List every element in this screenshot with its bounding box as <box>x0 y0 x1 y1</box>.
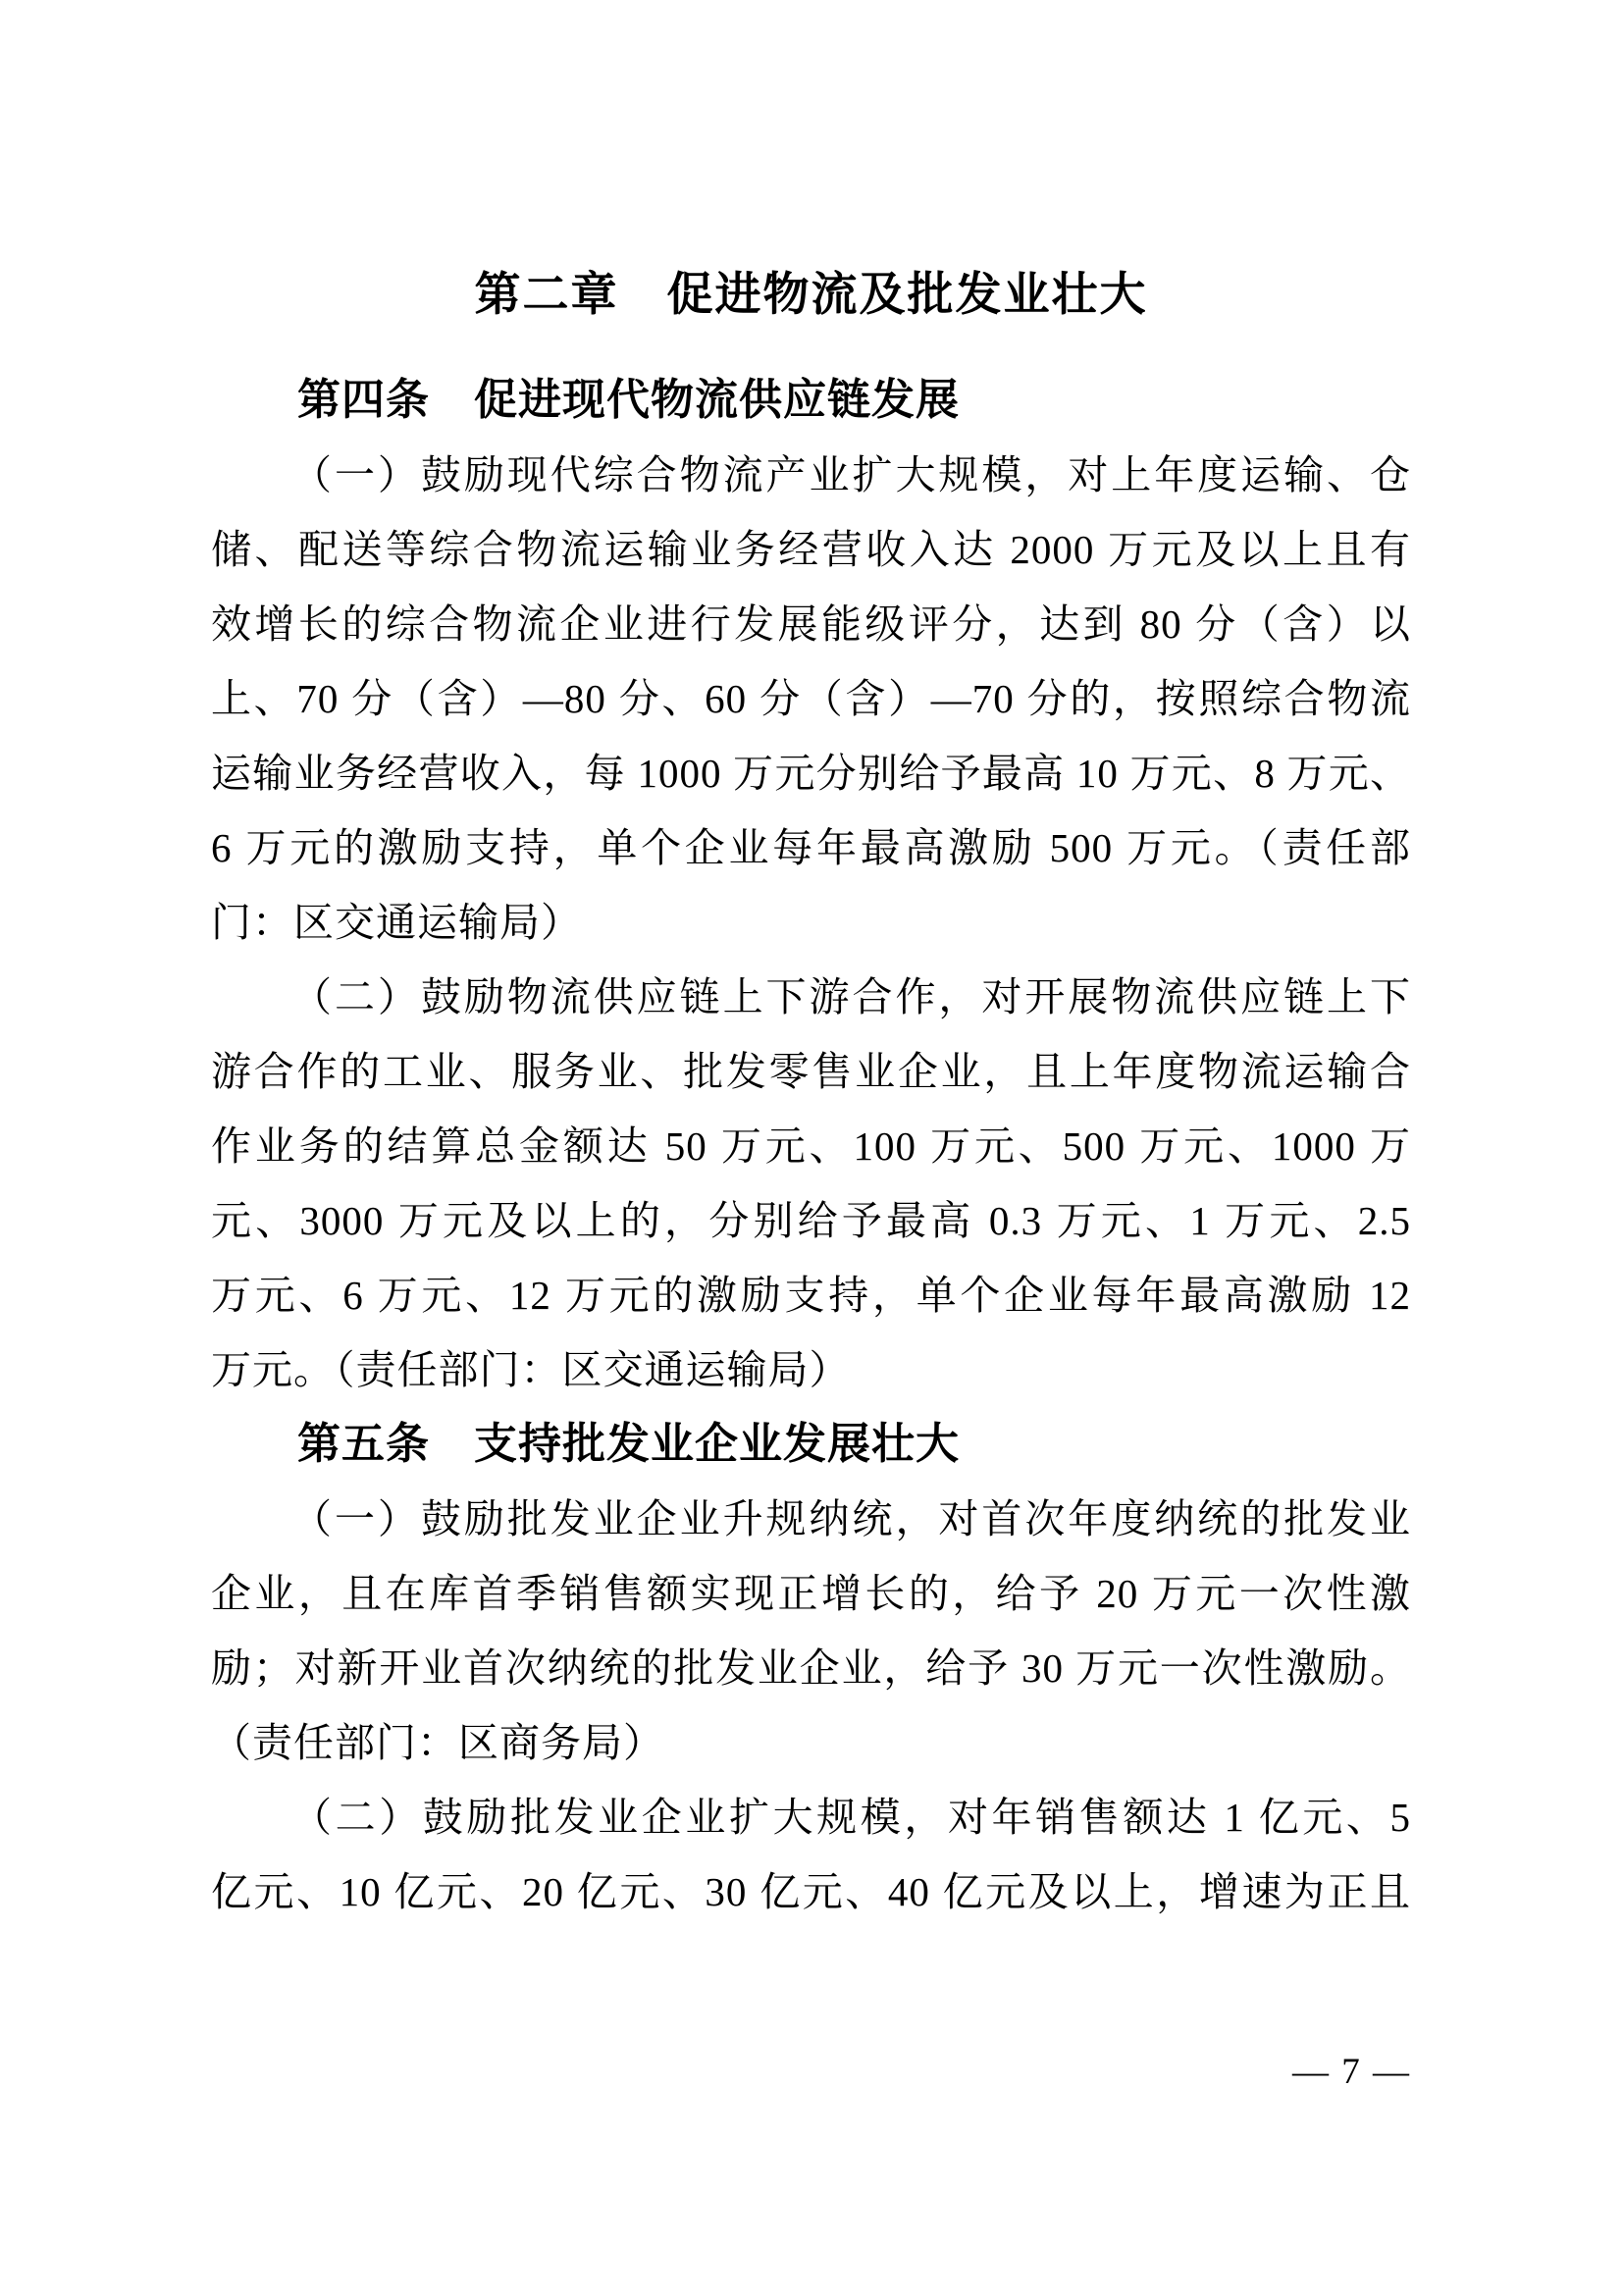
document-page: 第二章 促进物流及批发业壮大 第四条 促进现代物流供应链发展（一）鼓励现代综合物… <box>0 0 1623 2296</box>
text-line: 万元、6 万元、12 万元的激励支持，单个企业每年最高激励 12 <box>211 1258 1411 1332</box>
article-heading: 第五条 支持批发业企业发展壮大 <box>211 1407 1411 1482</box>
paragraph: （一）鼓励现代综合物流产业扩大规模，对上年度运输、仓储、配送等综合物流运输业务经… <box>211 438 1411 960</box>
text-line: 励；对新开业首次纳统的批发业企业，给予 30 万元一次性激励。 <box>211 1631 1411 1705</box>
text-line: （一）鼓励批发业企业升规纳统，对首次年度纳统的批发业 <box>211 1482 1411 1556</box>
text-line: 上、70 分（含）—80 分、60 分（含）—70 分的，按照综合物流 <box>211 661 1411 736</box>
text-line: （责任部门：区商务局） <box>211 1705 1411 1780</box>
paragraph: （二）鼓励批发业企业扩大规模，对年销售额达 1 亿元、5亿元、10 亿元、20 … <box>211 1780 1411 1929</box>
text-line: 企业，且在库首季销售额实现正增长的，给予 20 万元一次性激 <box>211 1556 1411 1631</box>
text-line: 储、配送等综合物流运输业务经营收入达 2000 万元及以上且有 <box>211 512 1411 587</box>
paragraph: （二）鼓励物流供应链上下游合作，对开展物流供应链上下游合作的工业、服务业、批发零… <box>211 960 1411 1407</box>
page-number: — 7 — <box>1292 2049 1411 2096</box>
text-line: 作业务的结算总金额达 50 万元、100 万元、500 万元、1000 万 <box>211 1109 1411 1183</box>
chapter-title: 第二章 促进物流及批发业壮大 <box>211 257 1411 332</box>
page-content: 第二章 促进物流及批发业壮大 第四条 促进现代物流供应链发展（一）鼓励现代综合物… <box>211 0 1411 1929</box>
text-line: 运输业务经营收入，每 1000 万元分别给予最高 10 万元、8 万元、 <box>211 736 1411 810</box>
text-line: 效增长的综合物流企业进行发展能级评分，达到 80 分（含）以 <box>211 587 1411 661</box>
article-heading: 第四条 促进现代物流供应链发展 <box>211 363 1411 438</box>
text-line: 游合作的工业、服务业、批发零售业企业，且上年度物流运输合 <box>211 1034 1411 1109</box>
text-line: 门：区交通运输局） <box>211 885 1411 960</box>
text-line: 亿元、10 亿元、20 亿元、30 亿元、40 亿元及以上，增速为正且 <box>211 1854 1411 1929</box>
text-line: 万元。（责任部门：区交通运输局） <box>211 1332 1411 1407</box>
text-line: 元、3000 万元及以上的，分别给予最高 0.3 万元、1 万元、2.5 <box>211 1183 1411 1258</box>
paragraph: （一）鼓励批发业企业升规纳统，对首次年度纳统的批发业企业，且在库首季销售额实现正… <box>211 1482 1411 1780</box>
article-heading-line: 第五条 支持批发业企业发展壮大 <box>211 1407 1411 1482</box>
text-line: （二）鼓励批发业企业扩大规模，对年销售额达 1 亿元、5 <box>211 1780 1411 1854</box>
article-heading-line: 第四条 促进现代物流供应链发展 <box>211 363 1411 438</box>
text-line: 6 万元的激励支持，单个企业每年最高激励 500 万元。（责任部 <box>211 810 1411 885</box>
document-body: 第四条 促进现代物流供应链发展（一）鼓励现代综合物流产业扩大规模，对上年度运输、… <box>211 363 1411 1929</box>
text-line: （一）鼓励现代综合物流产业扩大规模，对上年度运输、仓 <box>211 438 1411 512</box>
text-line: （二）鼓励物流供应链上下游合作，对开展物流供应链上下 <box>211 960 1411 1034</box>
